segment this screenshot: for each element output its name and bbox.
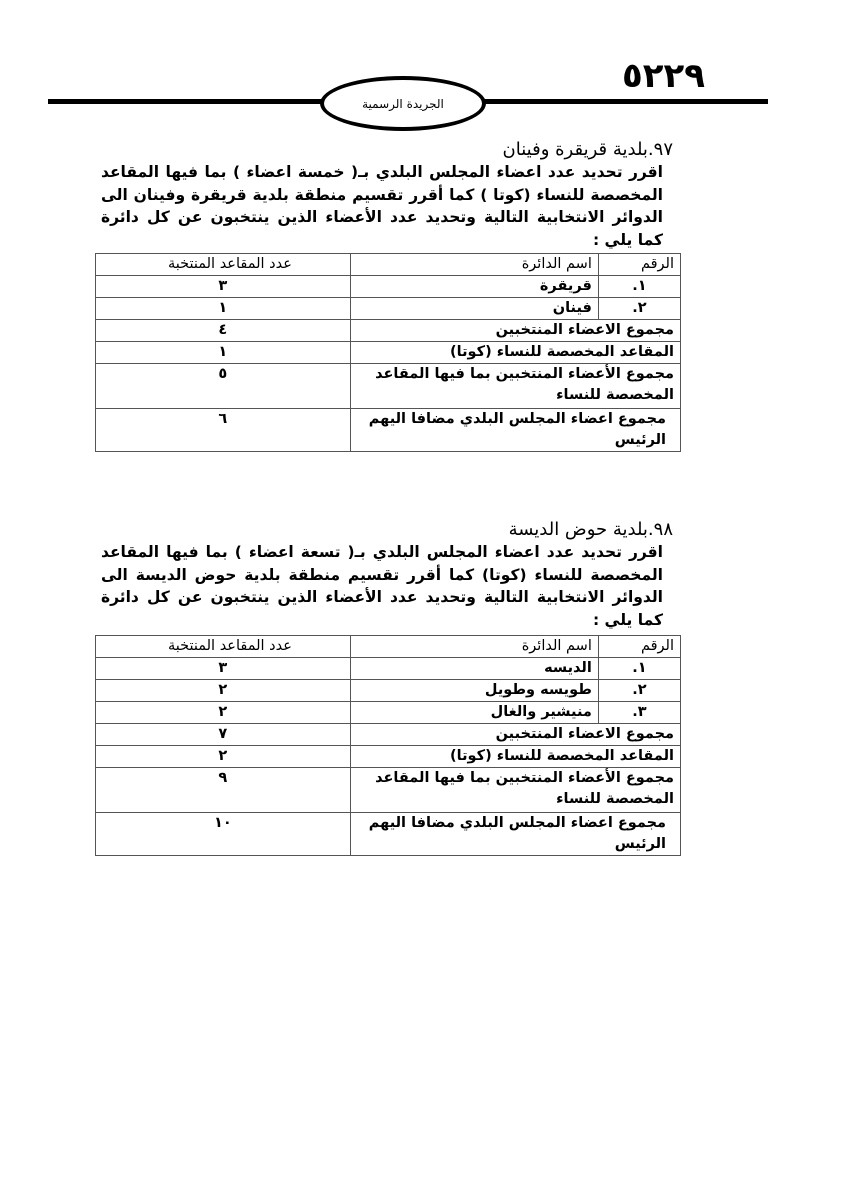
row-seats: ٢ — [96, 680, 351, 702]
row-district: منيشير والغال — [350, 702, 598, 724]
summary-label: مجموع الأعضاء المنتخبين بما فيها المقاعد… — [350, 364, 680, 409]
row-number: ٣. — [598, 702, 680, 724]
summary-label: مجموع اعضاء المجلس البلدي مضافا اليهم ال… — [350, 409, 680, 452]
section-97: ٩٧.بلدية قريقرة وفينان اقرر تحديد عدد اع… — [95, 139, 681, 251]
summary-row: مجموع الاعضاء المنتخبين ٤ — [96, 320, 681, 342]
row-seats: ٣ — [96, 276, 351, 298]
row-district: قريقرة — [350, 276, 598, 298]
summary-value: ٧ — [96, 724, 351, 746]
section-body: اقرر تحديد عدد اعضاء المجلس البلدي بـ( ت… — [101, 541, 663, 631]
section-heading: ٩٧.بلدية قريقرة وفينان — [95, 139, 673, 161]
page-number: ٥٢٢٩ — [622, 56, 702, 96]
summary-row: مجموع اعضاء المجلس البلدي مضافا اليهم ال… — [96, 813, 681, 856]
table-row: ٣. منيشير والغال ٢ — [96, 702, 681, 724]
section-98: ٩٨.بلدية حوض الديسة اقرر تحديد عدد اعضاء… — [95, 519, 681, 631]
summary-row: المقاعد المخصصة للنساء (كوتا) ١ — [96, 342, 681, 364]
header-district: اسم الدائرة — [350, 636, 598, 658]
districts-table-98: الرقم اسم الدائرة عدد المقاعد المنتخبة ١… — [95, 635, 681, 856]
row-district: طويسه وطويل — [350, 680, 598, 702]
table-header-row: الرقم اسم الدائرة عدد المقاعد المنتخبة — [96, 636, 681, 658]
summary-value: ١ — [96, 342, 351, 364]
districts-table-97: الرقم اسم الدائرة عدد المقاعد المنتخبة ١… — [95, 253, 681, 452]
summary-label: المقاعد المخصصة للنساء (كوتا) — [350, 342, 680, 364]
row-seats: ١ — [96, 298, 351, 320]
summary-value: ٥ — [96, 364, 351, 409]
summary-value: ٢ — [96, 746, 351, 768]
table-row: ١. قريقرة ٣ — [96, 276, 681, 298]
section-body: اقرر تحديد عدد اعضاء المجلس البلدي بـ( خ… — [101, 161, 663, 251]
summary-row: المقاعد المخصصة للنساء (كوتا) ٢ — [96, 746, 681, 768]
row-district: الديسه — [350, 658, 598, 680]
table-row: ١. الديسه ٣ — [96, 658, 681, 680]
summary-label: المقاعد المخصصة للنساء (كوتا) — [350, 746, 680, 768]
table-header-row: الرقم اسم الدائرة عدد المقاعد المنتخبة — [96, 254, 681, 276]
row-number: ١. — [598, 276, 680, 298]
row-number: ٢. — [598, 680, 680, 702]
row-district: فينان — [350, 298, 598, 320]
summary-row: مجموع الأعضاء المنتخبين بما فيها المقاعد… — [96, 364, 681, 409]
gazette-title-badge: الجريدة الرسمية — [320, 76, 486, 131]
section-heading: ٩٨.بلدية حوض الديسة — [95, 519, 673, 541]
gazette-title: الجريدة الرسمية — [362, 97, 444, 111]
row-seats: ٢ — [96, 702, 351, 724]
summary-value: ٦ — [96, 409, 351, 452]
row-seats: ٣ — [96, 658, 351, 680]
summary-label: مجموع الأعضاء المنتخبين بما فيها المقاعد… — [350, 768, 680, 813]
summary-label: مجموع اعضاء المجلس البلدي مضافا اليهم ال… — [350, 813, 680, 856]
header-seats: عدد المقاعد المنتخبة — [96, 636, 351, 658]
row-number: ٢. — [598, 298, 680, 320]
summary-row: مجموع الأعضاء المنتخبين بما فيها المقاعد… — [96, 768, 681, 813]
header-seats: عدد المقاعد المنتخبة — [96, 254, 351, 276]
summary-row: مجموع اعضاء المجلس البلدي مضافا اليهم ال… — [96, 409, 681, 452]
table-row: ٢. طويسه وطويل ٢ — [96, 680, 681, 702]
summary-value: ١٠ — [96, 813, 351, 856]
header-number: الرقم — [598, 636, 680, 658]
header-district: اسم الدائرة — [350, 254, 598, 276]
summary-label: مجموع الاعضاء المنتخبين — [350, 320, 680, 342]
table-row: ٢. فينان ١ — [96, 298, 681, 320]
row-number: ١. — [598, 658, 680, 680]
summary-label: مجموع الاعضاء المنتخبين — [350, 724, 680, 746]
summary-row: مجموع الاعضاء المنتخبين ٧ — [96, 724, 681, 746]
summary-value: ٤ — [96, 320, 351, 342]
summary-value: ٩ — [96, 768, 351, 813]
header-number: الرقم — [598, 254, 680, 276]
